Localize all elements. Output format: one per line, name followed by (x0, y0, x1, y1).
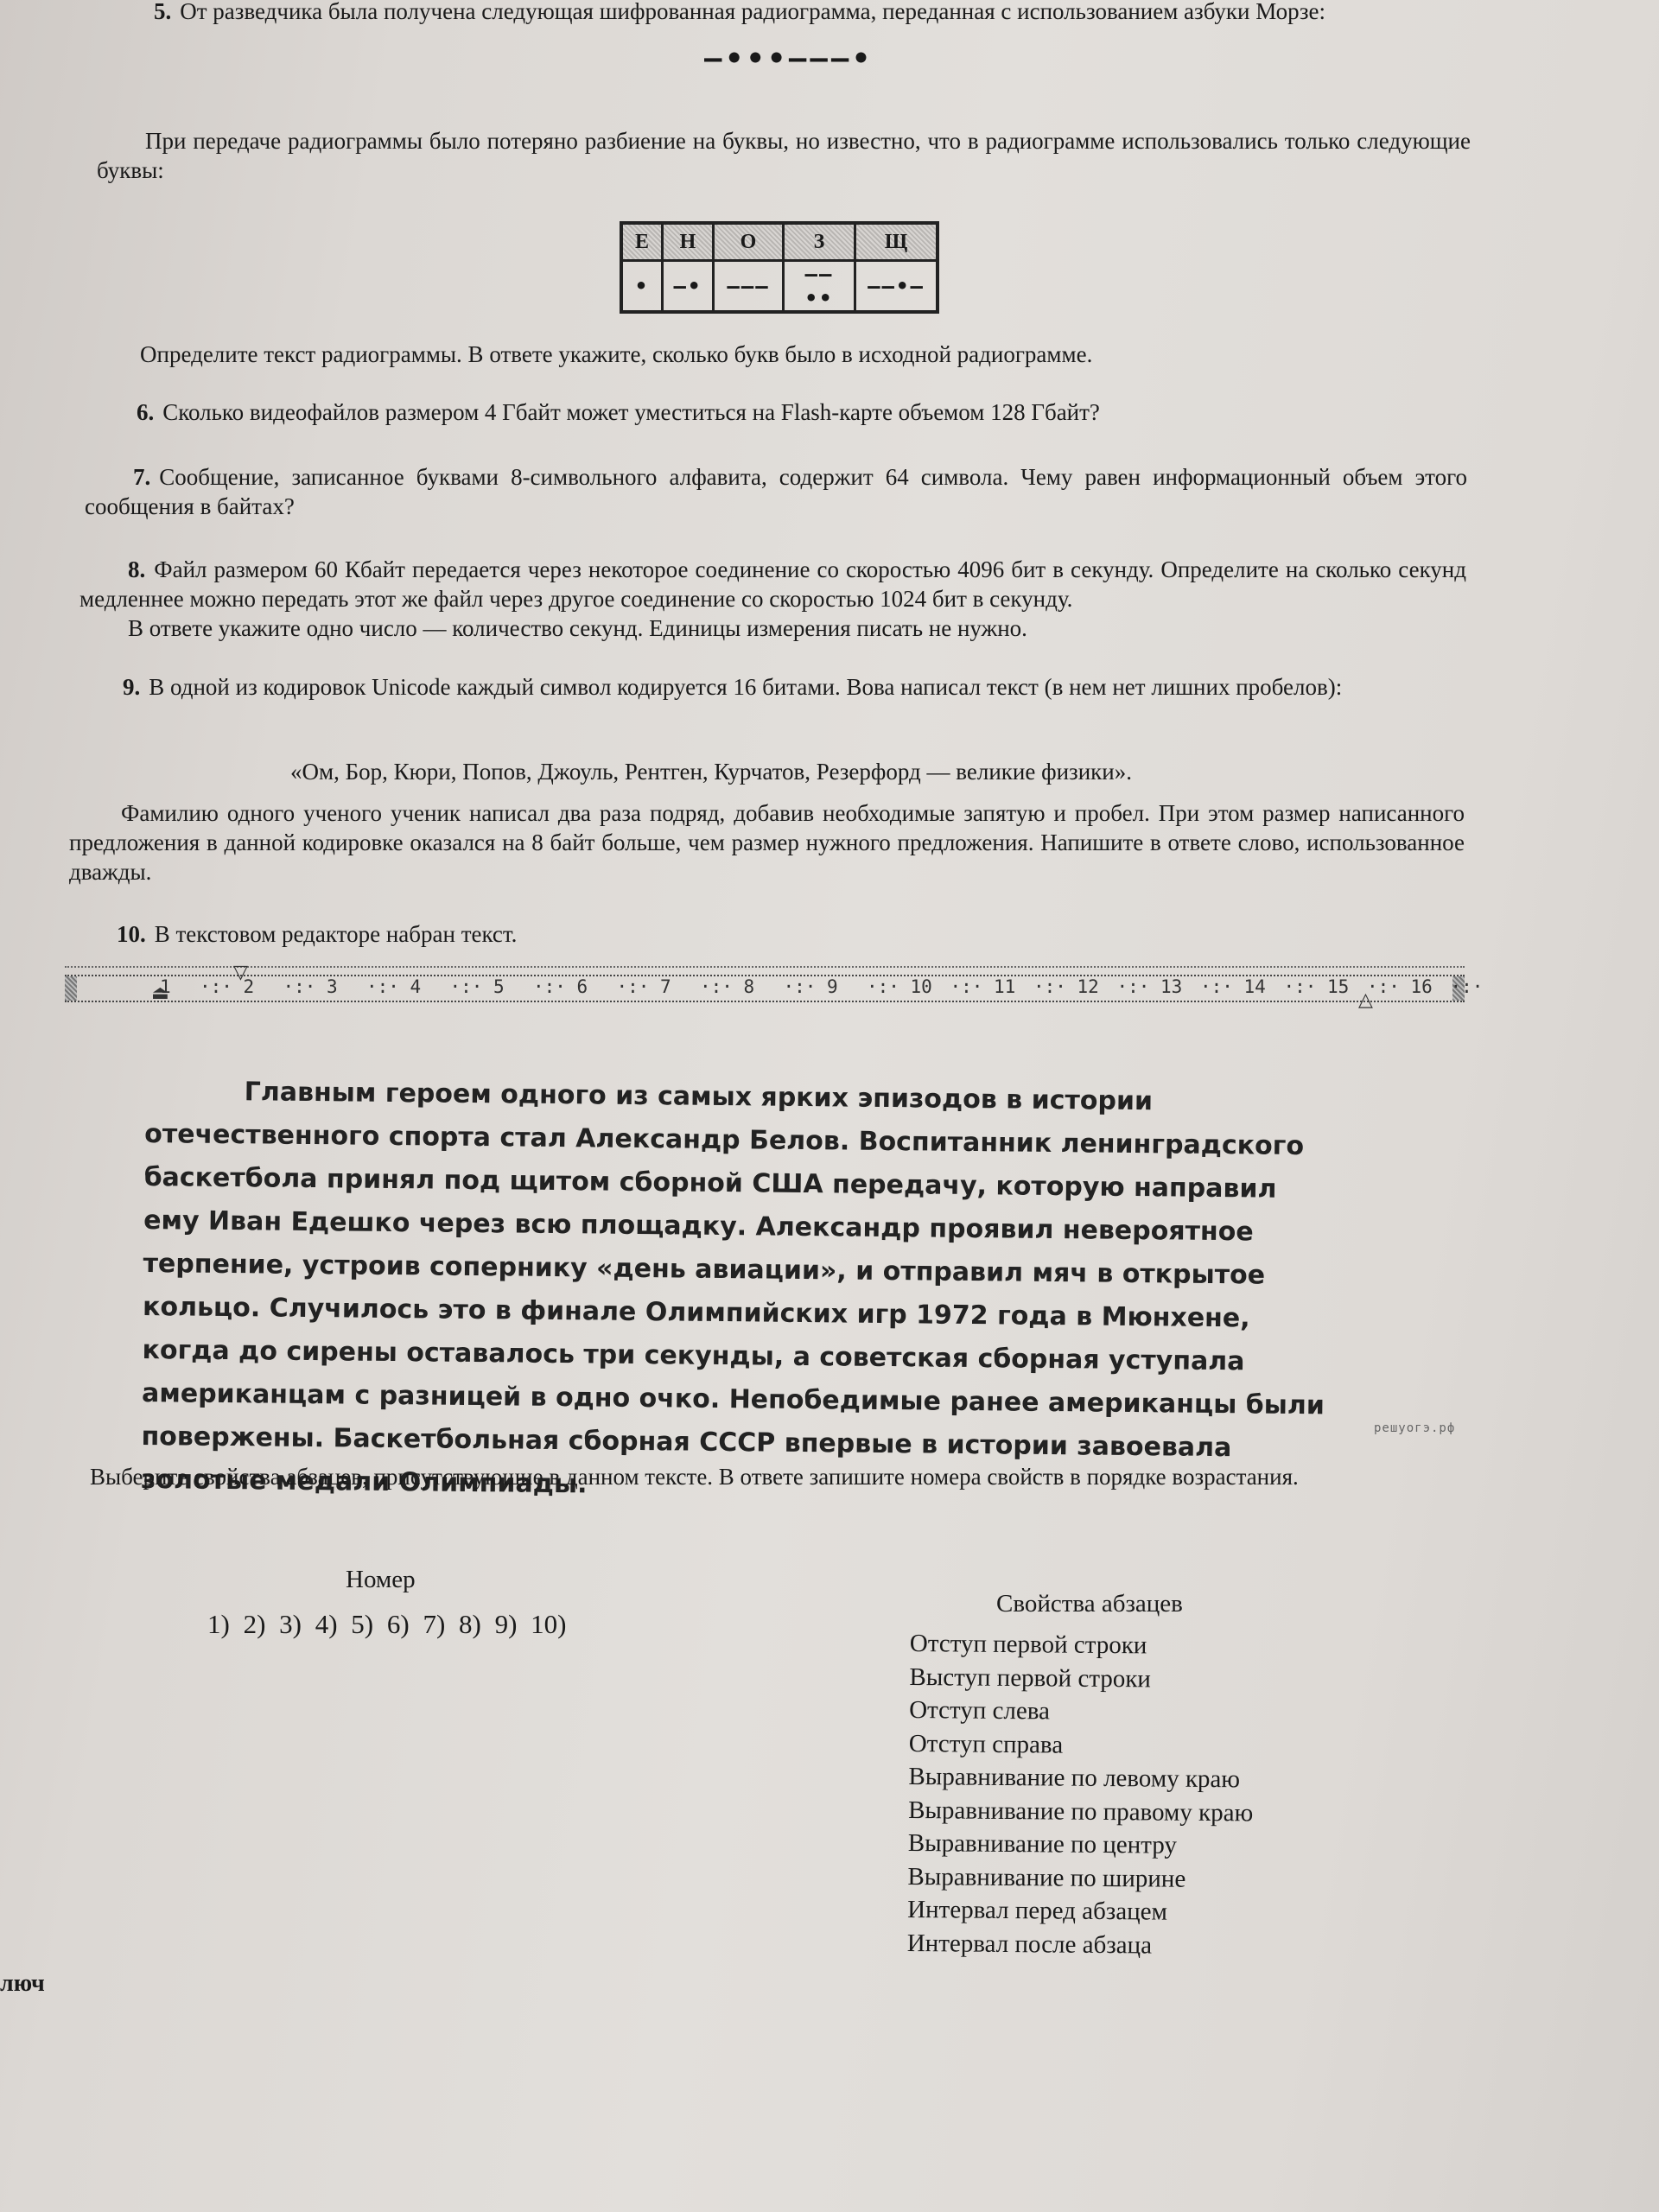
question-5: 5.От разведчика была получена следующая … (154, 0, 1484, 26)
question-8: 8.Файл размером 60 Кбайт передается чере… (79, 555, 1466, 613)
ruler-dots: ·:· (200, 976, 232, 997)
ruler-dots: ·:· (1200, 976, 1233, 997)
properties-list: Отступ первой строки Выступ первой строк… (907, 1627, 1255, 1962)
question-text: В текстовом редакторе набран текст. (155, 921, 518, 947)
ruler-dots: ·:· (617, 976, 650, 997)
question-number: 6. (137, 399, 154, 425)
ruler-dots: ·:· (366, 976, 399, 997)
property-item: Выравнивание по центру (908, 1827, 1253, 1863)
ruler-dots: ·:· (867, 976, 899, 997)
ruler-dots: ·:· (1117, 976, 1150, 997)
ruler-tick: 15 (1327, 976, 1349, 997)
code-cell: • (621, 261, 663, 313)
ruler-dots: ·:· (533, 976, 566, 997)
q5-task: Определите текст радиограммы. В ответе у… (140, 340, 1471, 369)
key-label: люч (0, 1970, 45, 1998)
q9-quote: «Ом, Бор, Кюри, Попов, Джоуль, Рентген, … (290, 757, 1414, 786)
code-cell: ––– (714, 261, 784, 313)
ruler-dots: ·:· (450, 976, 483, 997)
properties-header: Свойства абзацев (996, 1590, 1183, 1618)
question-text: В одной из кодировок Unicode каждый симв… (149, 674, 1342, 700)
ruler-tick: 8 (744, 976, 755, 997)
watermark: решуогэ.рф (1374, 1421, 1455, 1435)
q5-paragraph: При передаче радиограммы было потеряно р… (97, 126, 1471, 185)
ruler-dots: ·:· (784, 976, 817, 997)
code-cell: ––•– (855, 261, 938, 313)
letter-cell: Щ (855, 223, 938, 261)
question-text: Файл размером 60 Кбайт передается через … (79, 556, 1466, 612)
ruler-tick: 3 (327, 976, 338, 997)
ruler-tick: 2 (244, 976, 255, 997)
property-item: Выравнивание по правому краю (908, 1793, 1253, 1829)
question-9: 9.В одной из кодировок Unicode каждый си… (74, 672, 1465, 702)
q8-note: В ответе укажите одно число — количество… (128, 613, 1459, 643)
ruler-tick: 5 (493, 976, 505, 997)
question-7: 7.Сообщение, записанное буквами 8-символ… (85, 462, 1467, 521)
morse-table: Е Н О З Щ • –• ––– ––•• ––•– (620, 221, 939, 314)
property-item: Отступ первой строки (910, 1627, 1255, 1663)
ruler-tick: 4 (410, 976, 422, 997)
ruler-tick: 9 (827, 976, 838, 997)
ruler-tick: 11 (994, 976, 1015, 997)
property-item: Выступ первой строки (909, 1660, 1254, 1696)
property-item: Интервал после абзаца (907, 1926, 1252, 1962)
code-cell: –• (663, 261, 714, 313)
ruler-dots: ·:· (1033, 976, 1066, 997)
letter-cell: Е (621, 223, 663, 261)
property-item: Выравнивание по левому краю (908, 1760, 1253, 1796)
question-number: 10. (117, 921, 146, 947)
property-item: Отступ слева (909, 1694, 1254, 1730)
ruler-dots: ·:· (950, 976, 983, 997)
question-6: 6.Сколько видеофайлов размером 4 Гбайт м… (137, 397, 1484, 427)
letter-cell: З (784, 223, 855, 261)
numbers-list: 1) 2) 3) 4) 5) 6) 7) 8) 9) 10) (207, 1609, 566, 1640)
ruler: ⏏ ▽ △ 1·:·2·:·3·:·4·:·5·:·6·:·7·:·8·:·9·… (65, 966, 1465, 1035)
question-text: От разведчика была получена следующая ши… (180, 0, 1325, 24)
letter-cell: О (714, 223, 784, 261)
ruler-tick: 6 (577, 976, 588, 997)
ruler-dots: ·:· (1451, 976, 1484, 997)
ruler-tick: 12 (1077, 976, 1099, 997)
property-item: Отступ справа (909, 1726, 1254, 1763)
ruler-dots: ·:· (1367, 976, 1400, 997)
ruler-dots: ·:· (700, 976, 733, 997)
morse-message: –•••–––• (704, 41, 874, 76)
sample-paragraph: Главным героем одного из самых ярких эпи… (141, 1070, 1329, 1514)
ruler-tick: 14 (1244, 976, 1266, 997)
question-text: Сообщение, записанное буквами 8-символьн… (85, 464, 1467, 519)
numbers-header: Номер (346, 1566, 416, 1594)
property-item: Интервал перед абзацем (907, 1893, 1252, 1929)
letter-cell: Н (663, 223, 714, 261)
ruler-dots: ·:· (283, 976, 316, 997)
code-cell: ––•• (784, 261, 855, 313)
question-number: 7. (133, 464, 150, 490)
question-number: 8. (128, 556, 145, 582)
q9-task: Фамилию одного ученого ученик написал дв… (69, 798, 1465, 887)
ruler-tick: 13 (1160, 976, 1182, 997)
question-text: Сколько видеофайлов размером 4 Гбайт мож… (162, 399, 1100, 425)
ruler-tick: 10 (911, 976, 932, 997)
ruler-tick: 16 (1411, 976, 1433, 997)
property-item: Выравнивание по ширине (907, 1859, 1252, 1896)
ruler-tick: 7 (660, 976, 671, 997)
ruler-left-margin (65, 976, 77, 1001)
ruler-dots: ·:· (1284, 976, 1317, 997)
question-10: 10.В текстовом редакторе набран текст. (117, 919, 1447, 949)
q10-task: Выберите свойства абзацев, присутствующи… (38, 1462, 1464, 1491)
exam-page: 5.От разведчика была получена следующая … (0, 0, 1659, 2212)
question-number: 9. (123, 674, 140, 700)
question-number: 5. (154, 0, 171, 24)
ruler-tick: 1 (160, 976, 171, 997)
